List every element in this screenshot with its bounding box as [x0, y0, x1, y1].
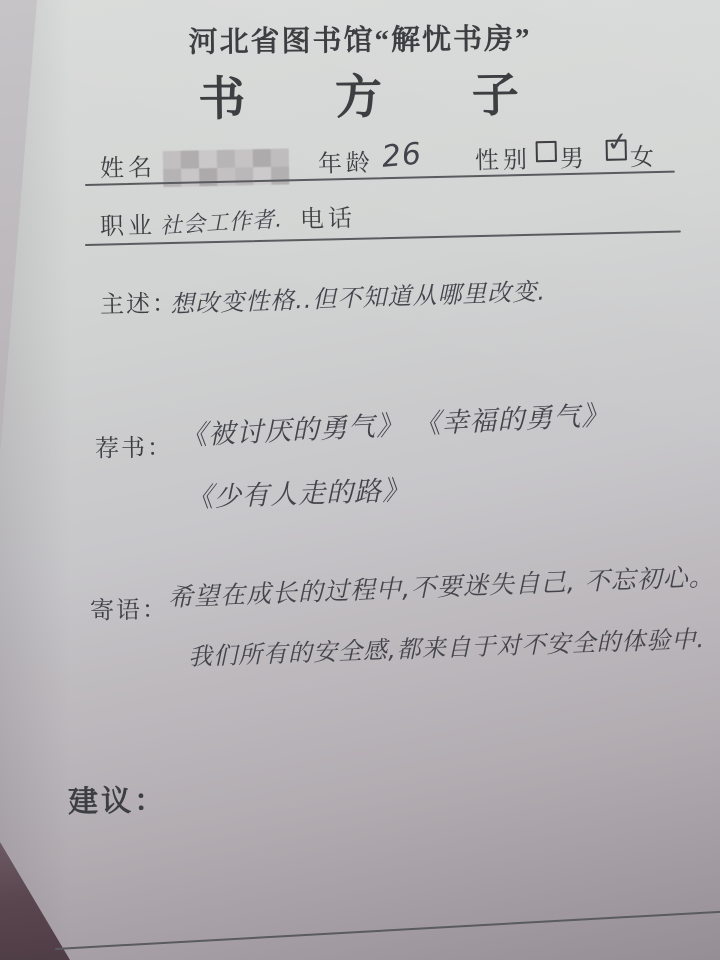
female-checkmark: ✓	[605, 126, 630, 158]
age-value-handwritten: 26	[380, 136, 423, 174]
name-label: 姓名	[100, 147, 157, 183]
male-option-label: 男	[559, 138, 584, 173]
message-label: 寄语：	[90, 589, 169, 625]
form-title: 书 方 子	[0, 55, 720, 132]
books-line2-handwritten: 《少有人走的路》	[185, 468, 410, 515]
male-checkbox	[536, 141, 558, 167]
female-checkbox: ✓	[606, 139, 628, 165]
suggestion-label: 建议：	[68, 775, 168, 821]
photo-of-paper-form: 河北省图书馆“解忧书房” 书 方 子 姓名 年龄 26 性别 男 ✓ 女 职业 …	[0, 0, 720, 960]
male-checkbox-box	[536, 141, 557, 162]
gender-label: 性别	[475, 139, 532, 175]
occupation-label: 职业	[100, 205, 157, 241]
books-label: 荐书：	[95, 427, 174, 463]
female-option-label: 女	[629, 137, 654, 172]
age-label: 年龄	[318, 143, 375, 179]
phone-label: 电话	[299, 198, 356, 234]
occupation-value-handwritten: 社会工作者.	[159, 202, 284, 240]
chief-label: 主述：	[100, 283, 179, 319]
